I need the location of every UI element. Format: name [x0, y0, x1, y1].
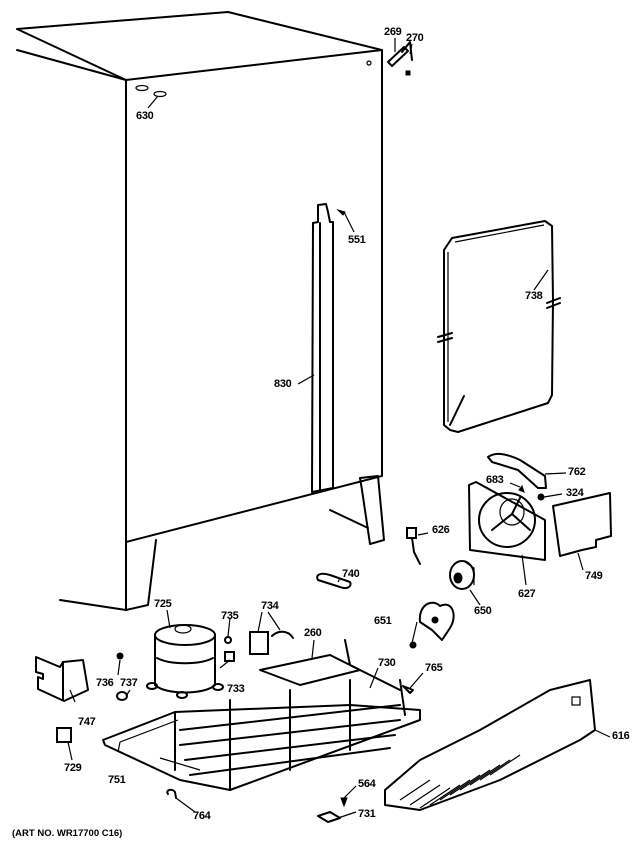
- part-label-731: 731: [358, 808, 375, 820]
- mullion-strip: [312, 204, 333, 492]
- part-label-765: 765: [425, 662, 442, 674]
- part-label-725: 725: [154, 598, 171, 610]
- grommet-735: [225, 637, 231, 643]
- fan-motor: [450, 561, 474, 589]
- terminal-cover-747: [36, 657, 88, 701]
- grommet-737: [117, 692, 127, 700]
- grommet-324: [538, 494, 544, 500]
- condenser: [175, 640, 405, 790]
- fan-shroud: [469, 482, 545, 560]
- part-label-738: 738: [525, 290, 542, 302]
- part-label-740: 740: [342, 568, 359, 580]
- part-label-269: 269: [384, 26, 401, 38]
- part-label-260: 260: [304, 627, 321, 639]
- part-label-616: 616: [612, 730, 629, 742]
- hinge: [388, 42, 412, 75]
- part-label-736: 736: [96, 677, 113, 689]
- screw-564: [341, 798, 347, 806]
- bushing-736: [117, 653, 123, 659]
- part-label-626: 626: [432, 524, 449, 536]
- part-label-764: 764: [193, 810, 210, 822]
- rear-grille: [385, 680, 595, 810]
- heater-loop: [438, 221, 560, 432]
- part-label-683: 683: [486, 474, 503, 486]
- part-label-564: 564: [358, 778, 375, 790]
- part-label-729: 729: [64, 762, 81, 774]
- part-label-751: 751: [108, 774, 125, 786]
- part-label-551: 551: [348, 234, 365, 246]
- part-label-735: 735: [221, 610, 238, 622]
- wire-clip-764: [167, 790, 176, 798]
- parts-diagram: [0, 0, 640, 853]
- thermostat-harness: [407, 528, 420, 564]
- part-label-650: 650: [474, 605, 491, 617]
- compressor: [147, 625, 223, 698]
- leader-lines: [68, 38, 610, 818]
- part-label-830: 830: [274, 378, 291, 390]
- part-label-270: 270: [406, 32, 423, 44]
- capacitor-729: [57, 728, 71, 742]
- part-label-737: 737: [120, 677, 137, 689]
- roller-bracket-731: [318, 812, 340, 822]
- art-number-caption: (ART NO. WR17700 C16): [12, 828, 122, 839]
- relay-734: [250, 632, 293, 654]
- part-label-762: 762: [568, 466, 585, 478]
- part-label-749: 749: [585, 570, 602, 582]
- part-label-747: 747: [78, 716, 95, 728]
- part-label-730: 730: [378, 657, 395, 669]
- part-label-651: 651: [374, 615, 391, 627]
- part-label-627: 627: [518, 588, 535, 600]
- cover-panel: [553, 493, 611, 556]
- part-label-630: 630: [136, 110, 153, 122]
- part-label-734: 734: [261, 600, 278, 612]
- part-label-324: 324: [566, 487, 583, 499]
- cabinet: [17, 12, 384, 610]
- part-label-733: 733: [227, 683, 244, 695]
